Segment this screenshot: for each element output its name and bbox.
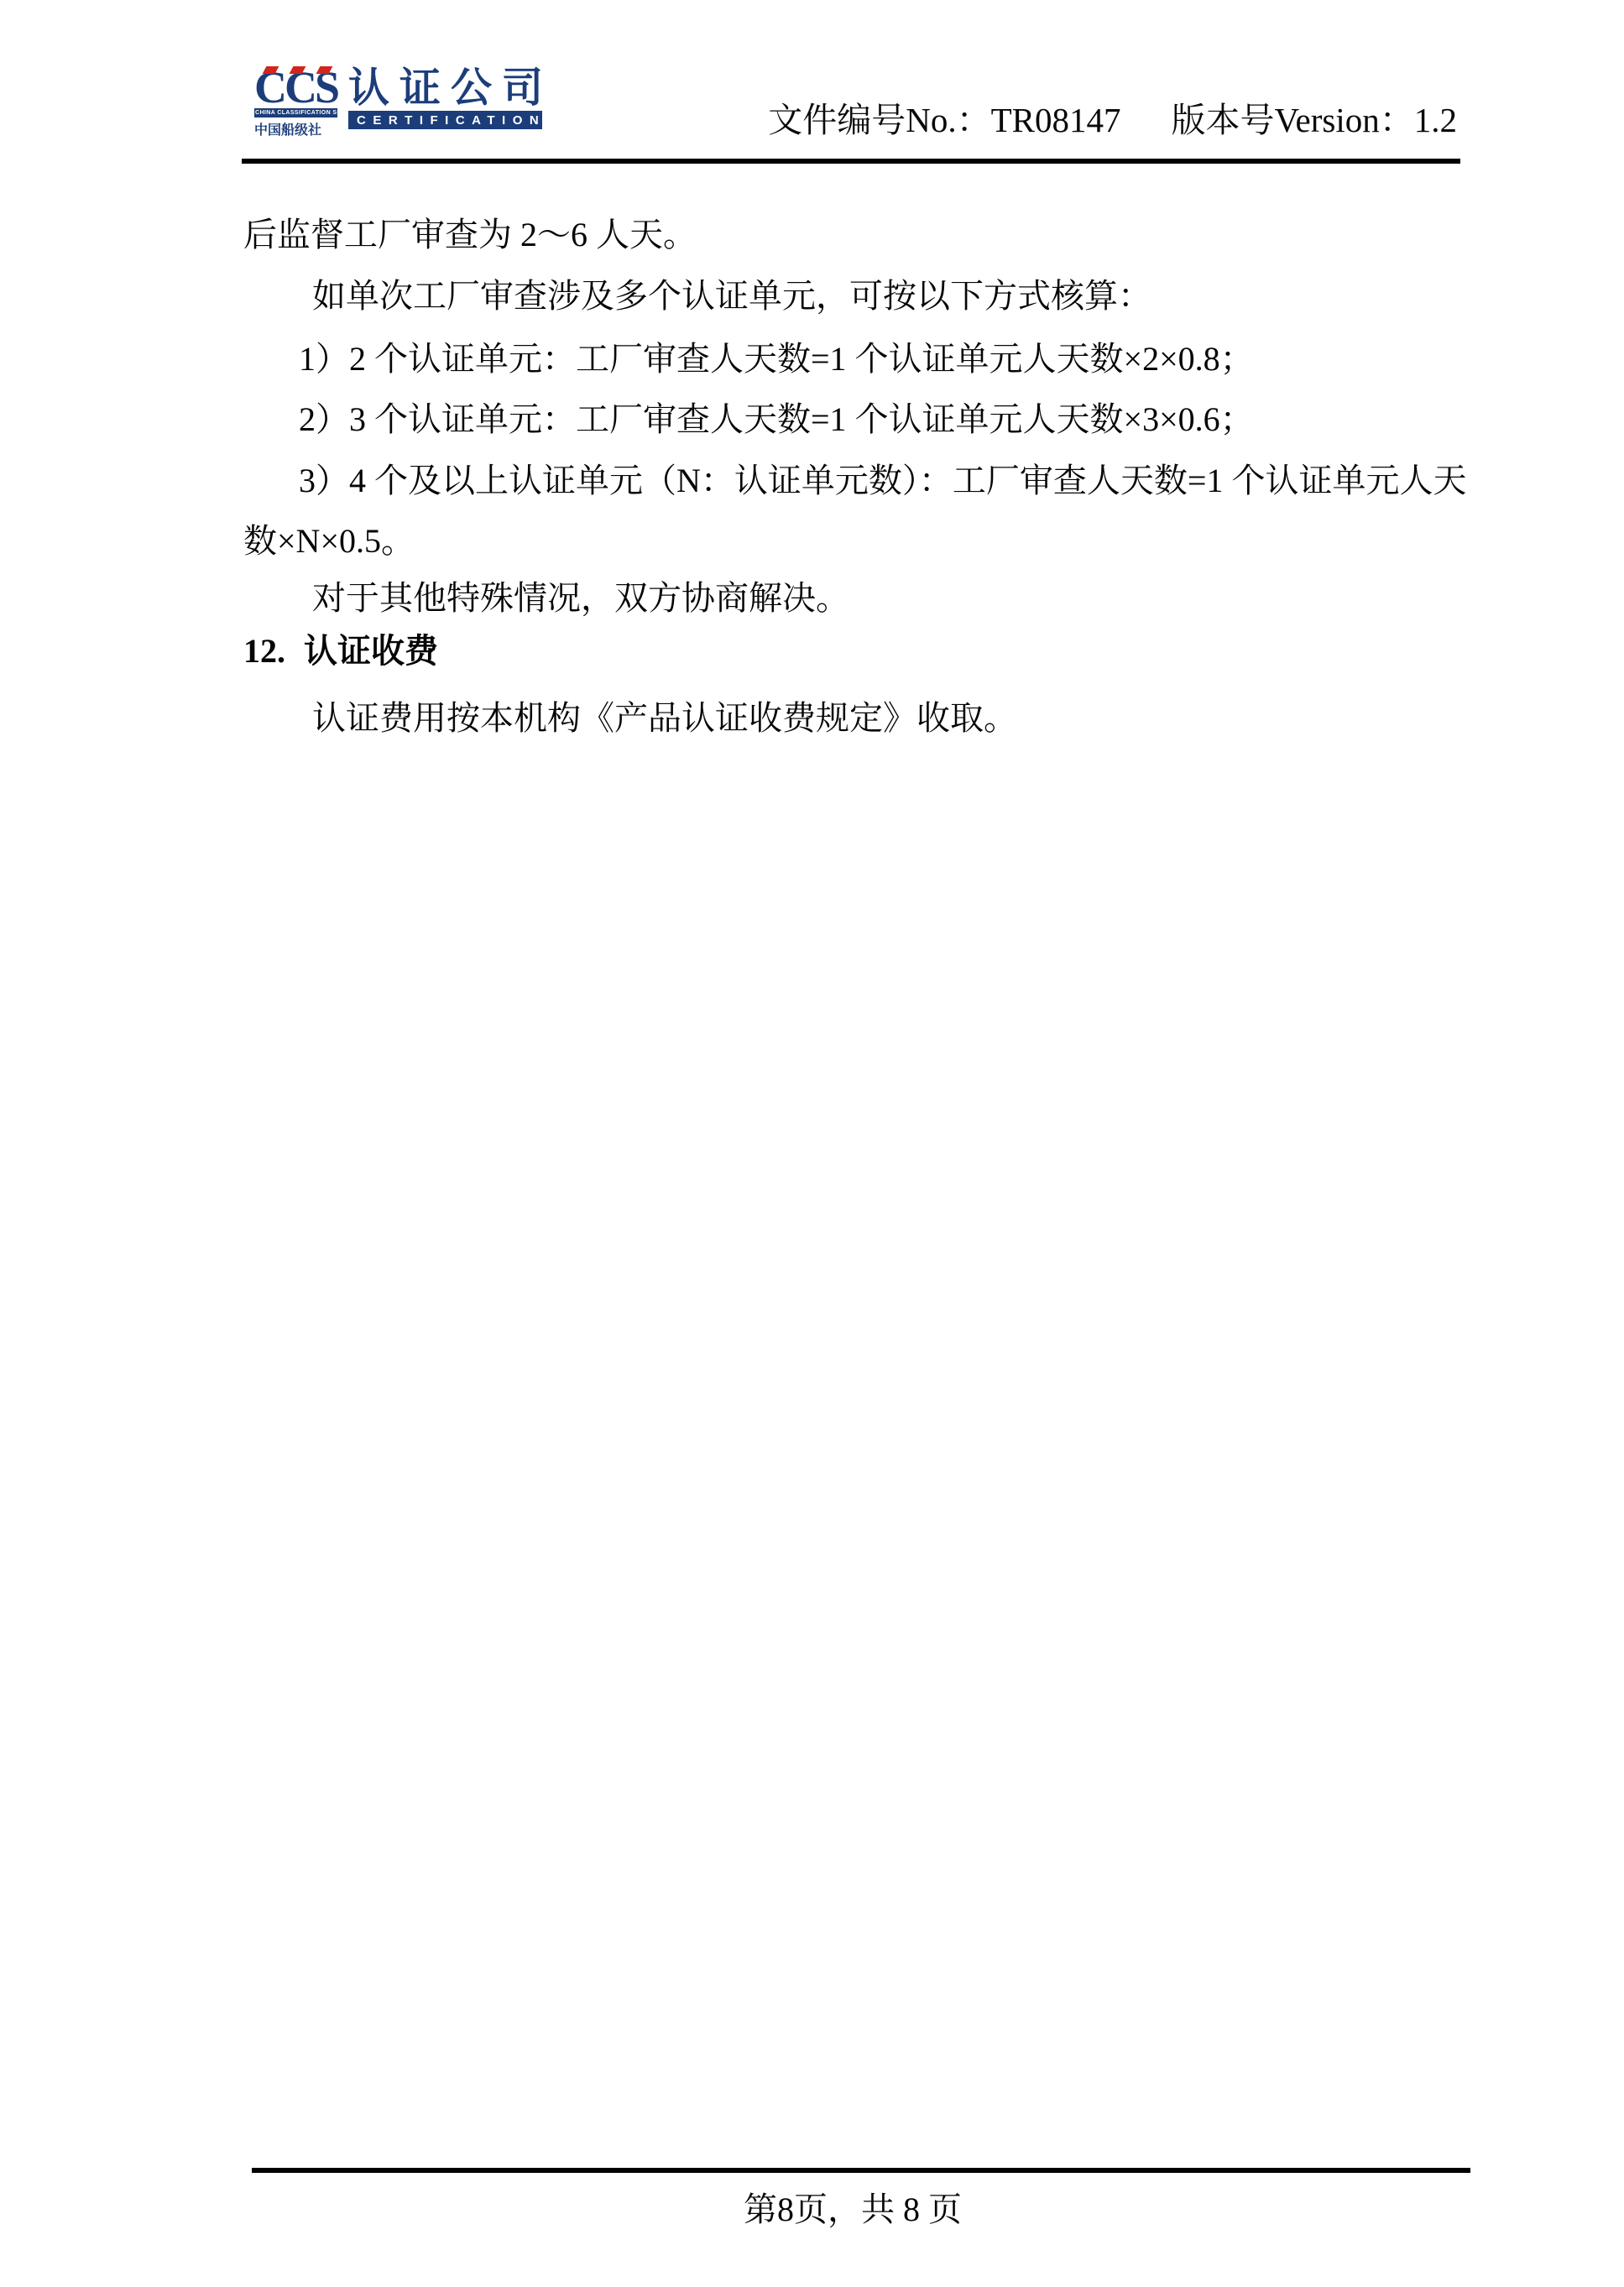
- body-line: 数×N×0.5。: [243, 521, 1469, 561]
- document-page: CCS CHINA CLASSIFICATION SOCIETY 中国船级社 认…: [0, 0, 1624, 2287]
- file-no-value: TR08147: [991, 101, 1121, 139]
- body-line: 1）2 个认证单元：工厂审查人天数=1 个认证单元人天数×2×0.8；: [243, 339, 1469, 379]
- body-line: 如单次工厂审查涉及多个认证单元，可按以下方式核算：: [243, 276, 1469, 316]
- section-heading: 12.认证收费: [243, 631, 1469, 671]
- section-number: 12.: [243, 631, 285, 671]
- body-line: 3）4 个及以上认证单元（N：认证单元数）：工厂审查人天数=1 个认证单元人天: [243, 461, 1469, 501]
- body-line: 后监督工厂审查为 2～6 人天。: [243, 215, 1469, 255]
- header-rule: [242, 159, 1460, 164]
- society-name-cn: 中国船级社: [254, 119, 337, 138]
- document-info: 文件编号No.：TR08147版本号Version：1.2: [768, 92, 1457, 142]
- body-line: 对于其他特殊情况，双方协商解决。: [243, 578, 1469, 619]
- body-line: 认证费用按本机构《产品认证收费规定》收取。: [243, 698, 1469, 739]
- ccs-logo-right: 认证公司 CERTIFICATION: [348, 69, 553, 129]
- version-label: 版本号Version：: [1171, 101, 1413, 139]
- file-no-label: 文件编号No.：: [768, 101, 990, 139]
- ccs-logo-left: CCS CHINA CLASSIFICATION SOCIETY 中国船级社: [254, 69, 337, 138]
- section-title: 认证收费: [304, 632, 438, 670]
- ccs-wordmark: CCS: [254, 69, 337, 106]
- body-line: 2）3 个认证单元：工厂审查人天数=1 个认证单元人天数×3×0.6；: [243, 399, 1469, 440]
- company-name-cn: 认证公司: [348, 69, 553, 107]
- page-number: 第8页，共 8 页: [243, 2183, 1462, 2231]
- version-value: 1.2: [1414, 101, 1457, 139]
- company-name-en: CERTIFICATION: [348, 111, 542, 129]
- footer-rule: [252, 2168, 1470, 2173]
- ccs-logo: CCS CHINA CLASSIFICATION SOCIETY 中国船级社 认…: [254, 69, 553, 138]
